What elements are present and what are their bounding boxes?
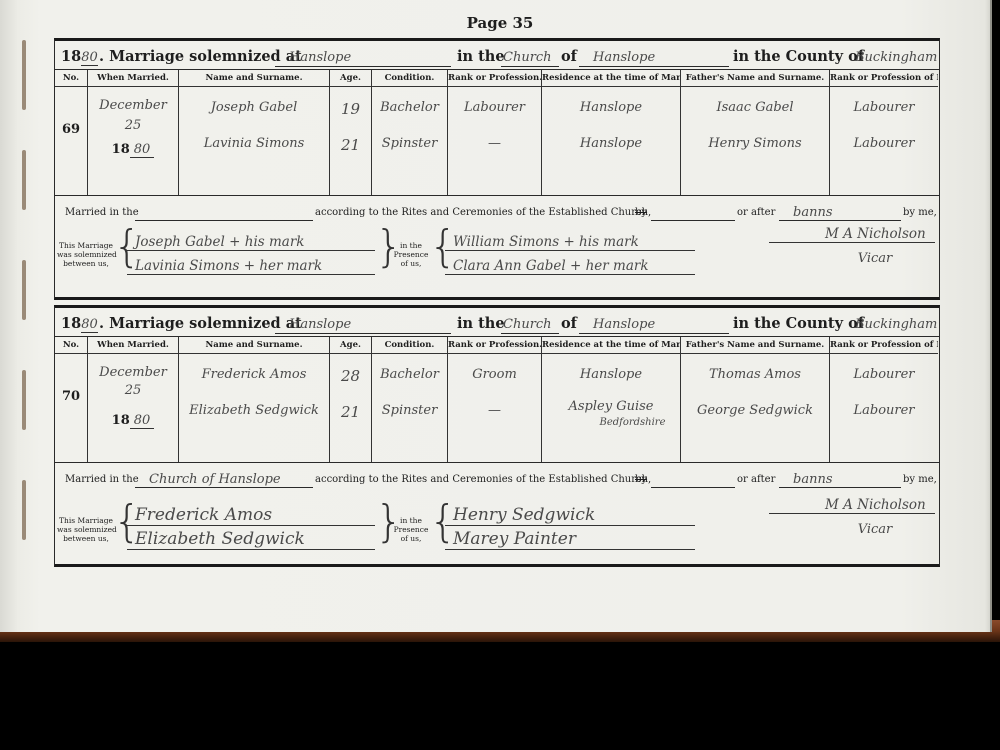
bride-condition: Spinster (372, 136, 447, 151)
minister-signature: M A Nicholson (769, 223, 935, 243)
party-signature-1: Joseph Gabel + his mark (127, 231, 375, 251)
binding-stitch (22, 260, 26, 320)
col-father-name: Father's Name and Surname. (681, 70, 829, 87)
groom-father-rank: Labourer (830, 367, 938, 382)
marriage-day: 25 (88, 383, 178, 398)
page-number: Page 35 (0, 14, 1000, 32)
parish-field: Hanslope (579, 314, 729, 334)
witness-signature-1: William Simons + his mark (445, 231, 695, 251)
col-age: Age. (330, 337, 371, 354)
entry-table: No. When Married. Name and Surname. Age.… (55, 336, 939, 463)
bride-name: Elizabeth Sedgwick (179, 403, 329, 418)
building-field: Church (501, 314, 559, 334)
witness-signature-2: Marey Painter (445, 530, 695, 550)
banns-field: banns (779, 201, 901, 221)
married-in-field: Church of Hanslope (135, 468, 313, 488)
groom-age: 19 (330, 100, 371, 118)
party-signature-1: Frederick Amos (127, 506, 375, 526)
witness-signature-2: Clara Ann Gabel + her mark (445, 255, 695, 275)
col-father-rank: Rank or Profession of Father. (830, 337, 938, 354)
bride-father-name: George Sedgwick (681, 403, 829, 418)
licence-field (651, 468, 735, 488)
col-no: No. (55, 70, 87, 87)
groom-residence: Hanslope (542, 100, 680, 115)
col-age: Age. (330, 70, 371, 87)
bride-age: 21 (330, 136, 371, 154)
minister-title: Vicar (845, 247, 905, 266)
solemnized-label: This Marriage was solemnized between us, (57, 516, 115, 543)
witness-signature-1: Henry Sedgwick (445, 506, 695, 526)
married-in-field (135, 201, 313, 221)
presence-label: in the Presence of us, (391, 241, 431, 268)
binding-stitch (22, 150, 26, 210)
col-residence: Residence at the time of Marriage. (542, 70, 680, 87)
bride-father-rank: Labourer (830, 136, 938, 151)
groom-rank: Labourer (448, 100, 541, 115)
binding-stitch (22, 480, 26, 540)
col-residence: Residence at the time of Marriage. (542, 337, 680, 354)
groom-condition: Bachelor (372, 367, 447, 382)
entry-table: No. When Married. Name and Surname. Age.… (55, 69, 939, 196)
county-field: Buckingham (853, 314, 937, 334)
register-page: Page 35 1880 . Marriage solemnized at Ha… (0, 0, 992, 632)
marriage-entry-70: 1880 . Marriage solemnized at Hanslope i… (54, 305, 940, 567)
title-marriage-label: . Marriage solemnized at (99, 315, 302, 332)
col-condition: Condition. (372, 337, 447, 354)
bride-residence: Aspley Guise (542, 399, 680, 414)
bride-father-name: Henry Simons (681, 136, 829, 151)
parish-field: Hanslope (579, 47, 729, 67)
entry-title-line: 1880 . Marriage solemnized at Hanslope i… (61, 45, 933, 71)
year-suffix: 80 (81, 317, 98, 333)
bride-rank: — (448, 136, 541, 151)
col-rank: Rank or Profession. (448, 337, 541, 354)
minister-title: Vicar (845, 518, 905, 537)
signatures-block: This Marriage was solemnized between us,… (55, 496, 939, 562)
col-when-married: When Married. (88, 337, 178, 354)
col-rank: Rank or Profession. (448, 70, 541, 87)
groom-condition: Bachelor (372, 100, 447, 115)
entry-title-line: 1880 . Marriage solemnized at Hanslope i… (61, 312, 933, 338)
marriage-year: 1880 (88, 142, 178, 157)
solemnized-label: This Marriage was solemnized between us, (57, 241, 115, 268)
building-field: Church (501, 47, 559, 67)
marriage-year: 1880 (88, 413, 178, 428)
bride-age: 21 (330, 403, 371, 421)
groom-father-name: Isaac Gabel (681, 100, 829, 115)
col-father-rank: Rank or Profession of Father. (830, 70, 938, 87)
bride-father-rank: Labourer (830, 403, 938, 418)
col-no: No. (55, 337, 87, 354)
col-name: Name and Surname. (179, 70, 329, 87)
photo-stage: Page 35 1880 . Marriage solemnized at Ha… (0, 0, 1000, 750)
marriage-month: December (88, 98, 178, 113)
groom-father-name: Thomas Amos (681, 367, 829, 382)
year-suffix: 80 (81, 50, 98, 66)
col-condition: Condition. (372, 70, 447, 87)
groom-residence: Hanslope (542, 367, 680, 382)
bride-rank: — (448, 403, 541, 418)
marriage-month: December (88, 365, 178, 380)
col-when-married: When Married. (88, 70, 178, 87)
groom-age: 28 (330, 367, 371, 385)
presence-label: in the Presence of us, (391, 516, 431, 543)
marriage-entry-69: 1880 . Marriage solemnized at Hanslope i… (54, 38, 940, 300)
bride-name: Lavinia Simons (179, 136, 329, 151)
bride-residence-county: Bedfordshire (585, 417, 680, 428)
rites-line: Married in the Church of Hanslope accord… (55, 470, 939, 490)
groom-name: Frederick Amos (179, 367, 329, 382)
minister-signature: M A Nicholson (769, 494, 935, 514)
licence-field (651, 201, 735, 221)
binding-stitch (22, 40, 26, 110)
binding-stitch (22, 370, 26, 430)
bride-condition: Spinster (372, 403, 447, 418)
county-field: Buckingham (853, 47, 937, 67)
entry-number: 69 (55, 122, 87, 137)
place-field: Hanslope (275, 47, 451, 67)
marriage-day: 25 (88, 118, 178, 133)
col-father-name: Father's Name and Surname. (681, 337, 829, 354)
title-marriage-label: . Marriage solemnized at (99, 48, 302, 65)
banns-field: banns (779, 468, 901, 488)
groom-name: Joseph Gabel (179, 100, 329, 115)
party-signature-2: Lavinia Simons + her mark (127, 255, 375, 275)
col-name: Name and Surname. (179, 337, 329, 354)
bride-residence: Hanslope (542, 136, 680, 151)
rites-line: Married in the according to the Rites an… (55, 203, 939, 223)
groom-rank: Groom (448, 367, 541, 382)
place-field: Hanslope (275, 314, 451, 334)
entry-number: 70 (55, 389, 87, 404)
signatures-block: This Marriage was solemnized between us,… (55, 229, 939, 295)
groom-father-rank: Labourer (830, 100, 938, 115)
party-signature-2: Elizabeth Sedgwick (127, 530, 375, 550)
